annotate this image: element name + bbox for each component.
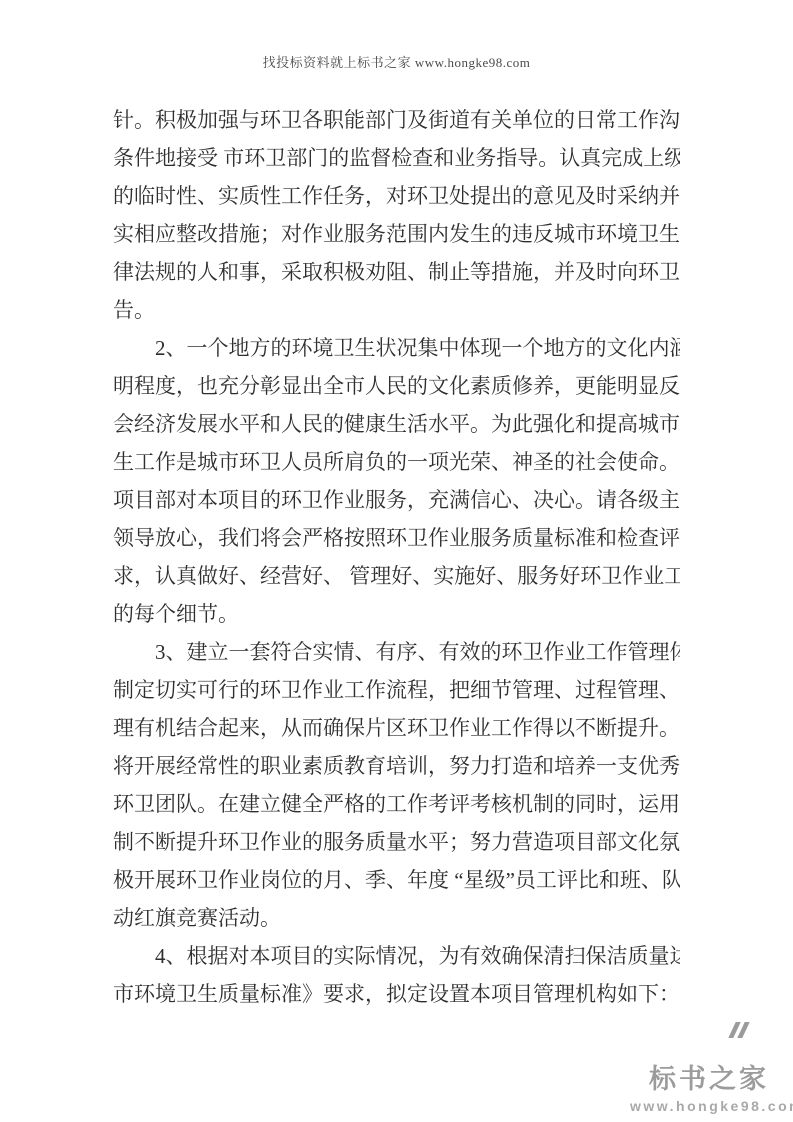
- text-line: 领导放心，我们将会严格按照环卫作业服务质量标准和检查评定要: [113, 519, 680, 557]
- text-line: 会经济发展水平和人民的健康生活水平。为此强化和提高城市环境卫: [113, 405, 680, 443]
- footer-watermark: 标书之家 www.hongke98.com: [630, 1022, 788, 1114]
- text-line: 极开展环卫作业岗位的月、季、年度 “星级”员工评比和班、队流: [113, 861, 680, 899]
- text-line: 的临时性、实质性工作任务，对环卫处提出的意见及时采纳并积极落: [113, 177, 680, 215]
- header-watermark-text: 找投标资料就上标书之家 www.hongke98.com: [0, 52, 793, 71]
- text-line: 条件地接受 市环卫部门的监督检查和业务指导。认真完成上级交办: [113, 139, 680, 177]
- text-line: 3、建立一套符合实情、有序、有效的环卫作业工作管理体系、: [113, 633, 680, 671]
- paragraph: 3、建立一套符合实情、有序、有效的环卫作业工作管理体系、制定切实可行的环卫作业工…: [113, 633, 680, 937]
- text-line: 针。积极加强与环卫各职能部门及街道有关单位的日常工作沟通；无: [113, 101, 680, 139]
- text-line: 律法规的人和事，采取积极劝阻、制止等措施，并及时向环卫部门报: [113, 253, 680, 291]
- text-line: 2、一个地方的环境卫生状况集中体现一个地方的文化内涵及文: [113, 329, 680, 367]
- text-line: 求，认真做好、经营好、 管理好、实施好、服务好环卫作业工作中: [113, 557, 680, 595]
- watermark-url-text: www.hongke98.com: [630, 1098, 788, 1114]
- document-page: 找投标资料就上标书之家 www.hongke98.com 针。积极加强与环卫各职…: [0, 0, 793, 1122]
- paragraph: 4、根据对本项目的实际情况，为有效确保清扫保洁质量达到《城市环境卫生质量标准》要…: [113, 937, 680, 1013]
- text-line: 环卫团队。在建立健全严格的工作考评考核机制的同时，运用激励机: [113, 785, 680, 823]
- text-line: 实相应整改措施；对作业服务范围内发生的违反城市环境卫生管理法: [113, 215, 680, 253]
- text-line: 的每个细节。: [113, 595, 680, 633]
- logo-strokes-icon: [728, 1022, 754, 1040]
- text-line: 动红旗竞赛活动。: [113, 899, 680, 937]
- paragraph: 针。积极加强与环卫各职能部门及街道有关单位的日常工作沟通；无条件地接受 市环卫部…: [113, 101, 680, 329]
- text-line: 生工作是城市环卫人员所肩负的一项光荣、神圣的社会使命。我公司: [113, 443, 680, 481]
- text-line: 明程度，也充分彰显出全市人民的文化素质修养，更能明显反映出社: [113, 367, 680, 405]
- document-body: 针。积极加强与环卫各职能部门及街道有关单位的日常工作沟通；无条件地接受 市环卫部…: [113, 101, 680, 1013]
- text-line: 项目部对本项目的环卫作业服务，充满信心、决心。请各级主管部门、: [113, 481, 680, 519]
- text-line: 告。: [113, 291, 680, 329]
- text-line: 市环境卫生质量标准》要求，拟定设置本项目管理机构如下：: [113, 975, 680, 1013]
- text-line: 将开展经常性的职业素质教育培训，努力打造和培养一支优秀的专业: [113, 747, 680, 785]
- text-line: 制定切实可行的环卫作业工作流程，把细节管理、过程管理、绩效管: [113, 671, 680, 709]
- text-line: 理有机结合起来，从而确保片区环卫作业工作得以不断提升。同时还: [113, 709, 680, 747]
- text-line: 4、根据对本项目的实际情况，为有效确保清扫保洁质量达到《城: [113, 937, 680, 975]
- watermark-logo-text: 标书之家: [630, 1066, 788, 1093]
- paragraph: 2、一个地方的环境卫生状况集中体现一个地方的文化内涵及文明程度，也充分彰显出全市…: [113, 329, 680, 633]
- text-line: 制不断提升环卫作业的服务质量水平；努力营造项目部文化氛围，积: [113, 823, 680, 861]
